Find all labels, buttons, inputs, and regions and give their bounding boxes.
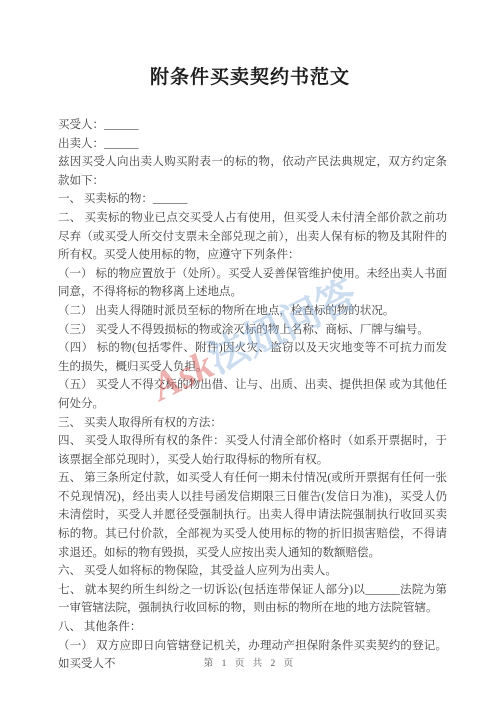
clause-4-ownership-condition: 四、 买受人取得所有权的条件：买受人付清全部价格时（如系开票据时，于该票据全部兑… <box>58 432 447 469</box>
clause-5-default-enforcement: 五、 第三条所定付款，如买受人有任何一期未付情况(或所开票据有任何一张不兑现情况… <box>58 469 447 562</box>
clause-2-item-1: （一） 标的物应置放于（处所）。买受人妥善保管维护使用。未经出卖人书面同意，不得… <box>58 265 447 302</box>
clause-2-item-2: （二） 出卖人得随时派员至标的物所在地点，检查标的物的状况。 <box>58 302 447 321</box>
buyer-field-line: 买受人：______ <box>58 116 447 135</box>
clause-2-item-3: （三） 买受人不得毁损标的物或涂灭标的物上名称、商标、厂牌与编号。 <box>58 321 447 340</box>
clause-6-insurance: 六、 买受人如将标的物保险，其受益人应列为出卖人。 <box>58 562 447 581</box>
clause-1-subject: 一、 买卖标的物：______ <box>58 190 447 209</box>
clause-3-ownership-method: 三、 买卖人取得所有权的方法： <box>58 414 447 433</box>
clause-7-jurisdiction: 七、 就本契约所生纠纷之一切诉讼(包括连带保证人部分)以______法院为第一审… <box>58 581 447 618</box>
document-body: 买受人：______ 出卖人：______ 兹因买受人向出卖人购买附表一的标的物… <box>58 116 447 674</box>
page-number: 第 1 页 共 2 页 <box>0 655 500 669</box>
seller-field-line: 出卖人：______ <box>58 135 447 154</box>
document-title: 附条件买卖契约书范文 <box>0 0 500 89</box>
clause-2-item-5: （五） 买受人不得交标的物出借、让与、出质、出卖、提供担保 或为其他任何处分。 <box>58 376 447 413</box>
clause-2-item-4: （四） 标的物(包括零件、附件)因火灾、盗窃以及天灾地变等不可抗力而发生的损失，… <box>58 339 447 376</box>
preamble-line: 兹因买受人向出卖人购买附表一的标的物，依动产民法典规定，双方约定条款如下： <box>58 153 447 190</box>
document-page: Ask法妞问答 附条件买卖契约书范文 买受人：______ 出卖人：______… <box>0 0 500 706</box>
clause-8-other-conditions: 八、 其他条件： <box>58 618 447 637</box>
clause-2-possession: 二、 买卖标的物业已点交买受人占有使用，但买受人未付清全部价款之前功尽弃（或买受… <box>58 209 447 265</box>
